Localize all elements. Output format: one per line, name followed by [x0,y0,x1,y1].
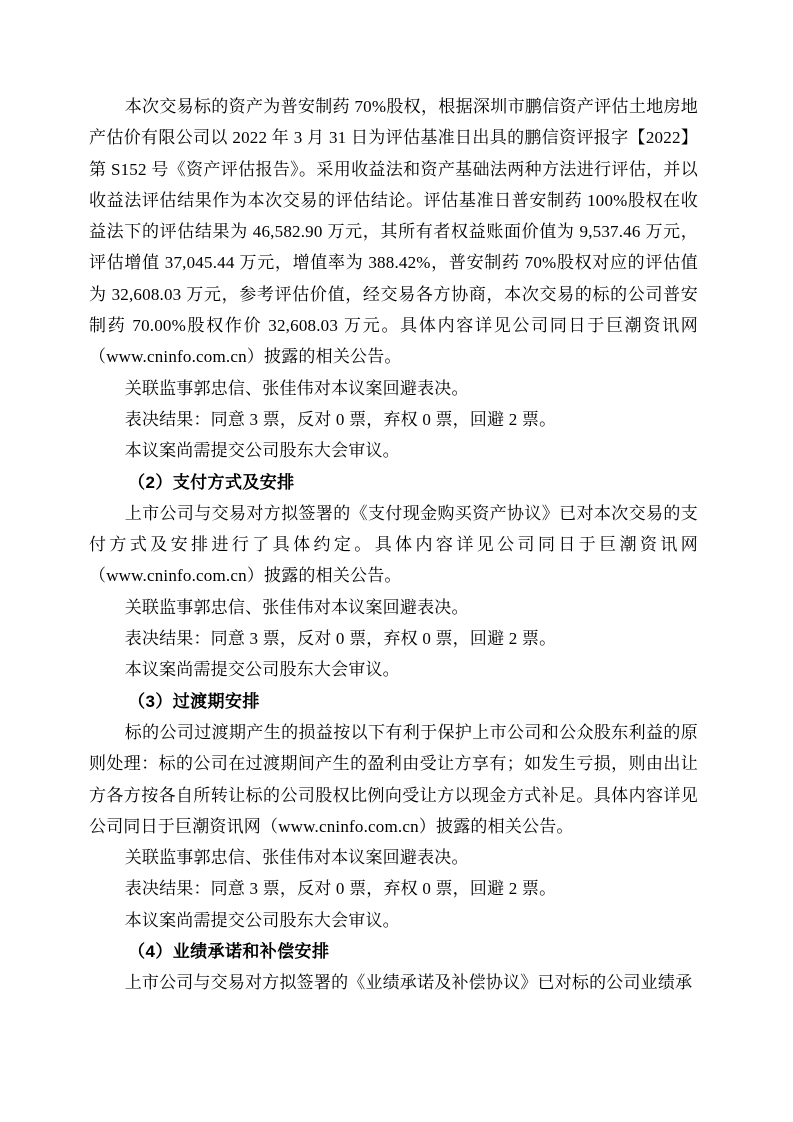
paragraph-recusal-1: 关联监事郭忠信、张佳伟对本议案回避表决。 [89,373,698,404]
document-body: 本次交易标的资产为普安制药 70%股权，根据深圳市鹏信资产评估土地房地产估价有限… [89,91,698,999]
paragraph-payment-arrangement: 上市公司与交易对方拟签署的《支付现金购买资产协议》已对本次交易的支付方式及安排进… [89,498,698,592]
heading-performance-commitment: （4）业绩承诺和补偿安排 [89,936,698,967]
paragraph-recusal-3: 关联监事郭忠信、张佳伟对本议案回避表决。 [89,842,698,873]
paragraph-transition-period: 标的公司过渡期产生的损益按以下有利于保护上市公司和公众股东利益的原则处理：标的公… [89,717,698,842]
paragraph-submit-shareholders-1: 本议案尚需提交公司股东大会审议。 [89,435,698,466]
paragraph-submit-shareholders-3: 本议案尚需提交公司股东大会审议。 [89,905,698,936]
paragraph-vote-result-1: 表决结果：同意 3 票，反对 0 票，弃权 0 票，回避 2 票。 [89,404,698,435]
paragraph-valuation-details: 本次交易标的资产为普安制药 70%股权，根据深圳市鹏信资产评估土地房地产估价有限… [89,91,698,373]
paragraph-vote-result-2: 表决结果：同意 3 票，反对 0 票，弃权 0 票，回避 2 票。 [89,623,698,654]
heading-payment-arrangement: （2）支付方式及安排 [89,467,698,498]
document-page: 本次交易标的资产为普安制药 70%股权，根据深圳市鹏信资产评估土地房地产估价有限… [0,0,793,1122]
heading-transition-period: （3）过渡期安排 [89,686,698,717]
paragraph-vote-result-3: 表决结果：同意 3 票，反对 0 票，弃权 0 票，回避 2 票。 [89,873,698,904]
paragraph-recusal-2: 关联监事郭忠信、张佳伟对本议案回避表决。 [89,592,698,623]
paragraph-submit-shareholders-2: 本议案尚需提交公司股东大会审议。 [89,654,698,685]
paragraph-performance-commitment: 上市公司与交易对方拟签署的《业绩承诺及补偿协议》已对标的公司业绩承 [89,967,698,998]
